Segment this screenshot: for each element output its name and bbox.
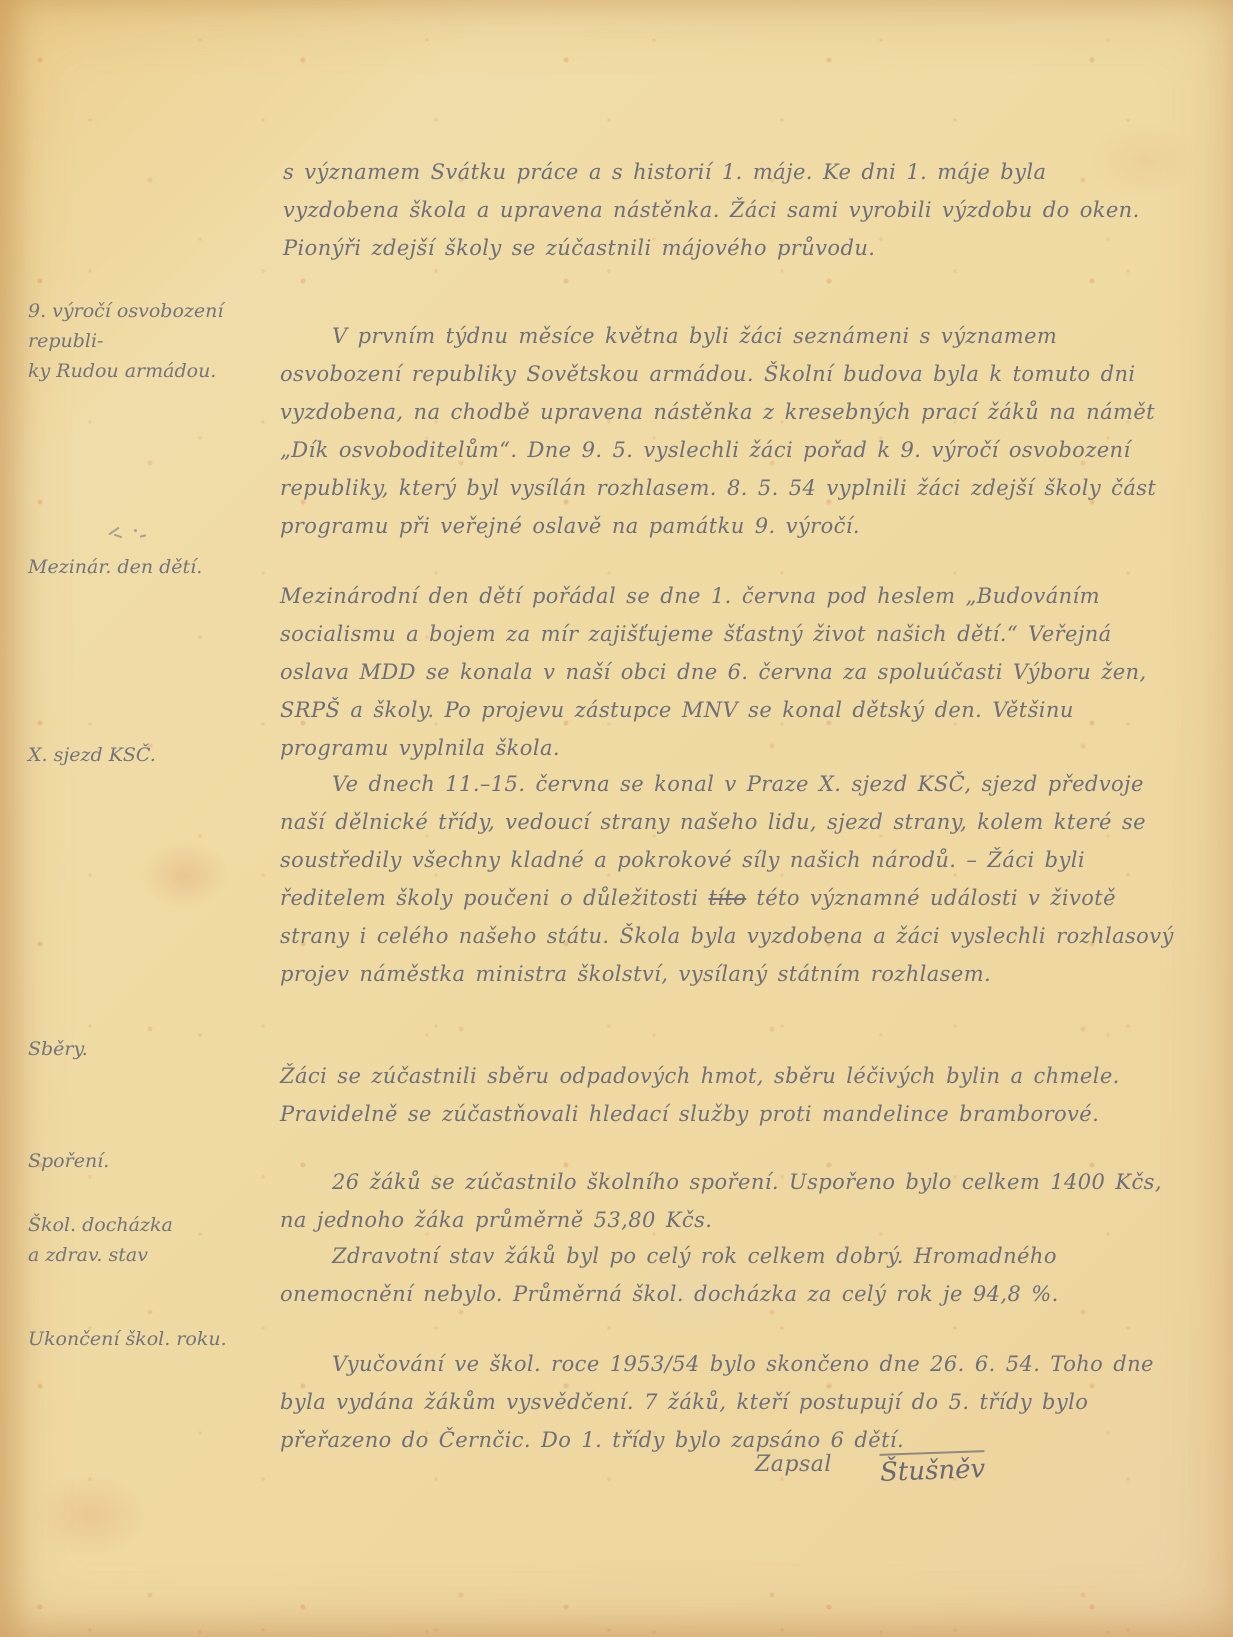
paragraph-attendance-health: Zdravotní stav žáků byl po celý rok celk…	[280, 1237, 1175, 1313]
margin-note-attendance-health: Škol. docházka a zdrav. stav	[28, 1210, 273, 1270]
paragraph-savings: 26 žáků se zúčastnilo školního spoření. …	[280, 1163, 1175, 1239]
signature-block: Zapsal Štušněv	[755, 1452, 985, 1486]
signature: Štušněv	[879, 1450, 985, 1488]
margin-note-collections: Sběry.	[28, 1034, 273, 1064]
margin-note-year-end: Ukončení škol. roku.	[28, 1324, 273, 1354]
paragraph-party-congress: Ve dnech 11.–15. června se konal v Praze…	[280, 765, 1175, 993]
signature-label: Zapsal	[755, 1452, 832, 1477]
ink-smudge	[104, 526, 150, 542]
paragraph-collections: Žáci se zúčastnili sběru odpadových hmot…	[280, 1057, 1175, 1133]
paper-stain	[140, 840, 230, 910]
margin-note-party-congress: X. sjezd KSČ.	[28, 740, 273, 770]
paragraph-liberation-anniversary: V prvním týdnu měsíce května byli žáci s…	[280, 317, 1175, 545]
struck-word: títo	[708, 886, 746, 910]
margin-note-savings: Spoření.	[28, 1146, 273, 1176]
paragraph-childrens-day: Mezinárodní den dětí pořádal se dne 1. č…	[280, 577, 1175, 767]
margin-note-liberation-anniversary: 9. výročí osvobození republi- ky Rudou a…	[28, 296, 273, 386]
paragraph-may-day-continuation: s významem Svátku práce a s historií 1. …	[283, 153, 1168, 267]
margin-note-childrens-day: Mezinár. den dětí.	[28, 552, 273, 582]
paragraph-year-end: Vyučování ve škol. roce 1953/54 bylo sko…	[280, 1345, 1175, 1459]
chronicle-page: s významem Svátku práce a s historií 1. …	[0, 0, 1233, 1637]
paper-stain	[30, 1470, 150, 1560]
